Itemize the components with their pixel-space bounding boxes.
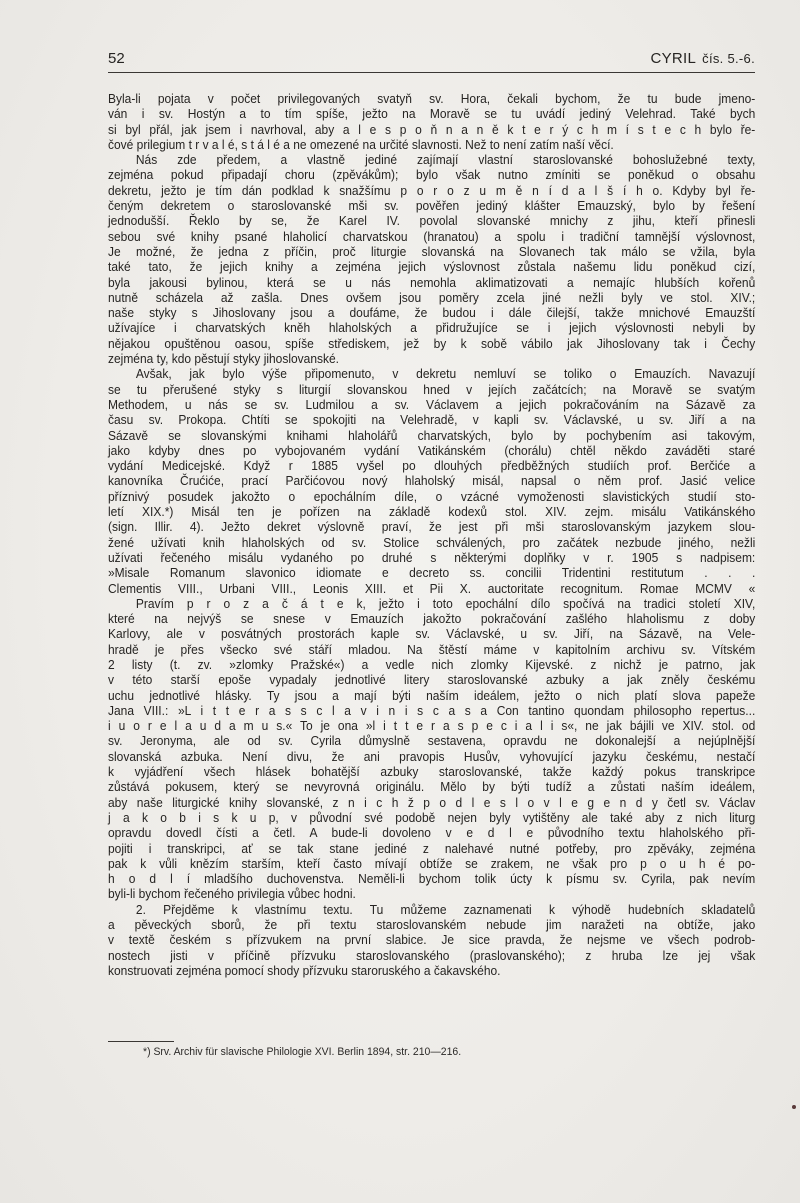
- footnote: *) Srv. Archiv für slavische Philologie …: [143, 1046, 461, 1058]
- text-line: zejména ty, kdo pěstují styky jihoslovan…: [108, 351, 755, 366]
- text-line: jako kdyby dnes po vybojovaném vydání Va…: [108, 443, 755, 458]
- text-line: Methodem, u nás se sv. Ludmilou a sv. Vá…: [108, 397, 755, 412]
- text-line: j a k o b i s k u p, v původní své podob…: [108, 810, 755, 825]
- text-line: 2 listy (t. zv. »zlomky Pražské«) a vedl…: [108, 657, 755, 672]
- text-line: naše styky s Jihoslovany jsou a doufáme,…: [108, 305, 755, 320]
- text-line: užívajíce i charvatských kněh hlaholskýc…: [108, 320, 755, 335]
- text-line: zůstává pokusem, který se nevyrovná orig…: [108, 779, 755, 794]
- text-line: sebou své knihy psané hlaholicí charvats…: [108, 229, 755, 244]
- text-line: uchu jednotlivé hlásky. Ty jsou a mají b…: [108, 688, 755, 703]
- page-header: 52 CYRILčís. 5.-6.: [108, 50, 755, 73]
- text-line: Avšak, jak bylo výše připomenuto, v dekr…: [108, 366, 755, 381]
- text-line: pak k vůli knězím starším, kteří často m…: [108, 856, 755, 871]
- text-line: hradě je přes všecko své stáří mladou. N…: [108, 642, 755, 657]
- text-line: jednodušší. Řeklo by se, že Karel IV. po…: [108, 213, 755, 228]
- text-line: pojiti i transkripci, ať se tak stane je…: [108, 841, 755, 856]
- issue-number: čís. 5.-6.: [702, 51, 755, 66]
- text-line: k vyjádření všech hlásek bohatější azbuk…: [108, 764, 755, 779]
- text-line: čeným dekretem o staroslovanské mši sv. …: [108, 198, 755, 213]
- text-line: 2. Přejděme k vlastnímu textu. Tu můžeme…: [108, 902, 755, 917]
- text-line: kanovníka Črućiće, prací Parčićovou nový…: [108, 473, 755, 488]
- text-line: příznivý posudek jakožto o epochálním dí…: [108, 489, 755, 504]
- text-line: h o d l í mladšího duchovenstva. Neměli-…: [108, 871, 755, 886]
- text-line: dekretu, ježto je tím dán podklad k snaž…: [108, 183, 755, 198]
- text-line: nostech jisti v příčině přízvuku starosl…: [108, 948, 755, 963]
- text-line: Nás zde předem, a vlastně jediné zajímaj…: [108, 152, 755, 167]
- text-line: užívati řečeného misálu vydaného po druh…: [108, 550, 755, 565]
- text-line: slovanská azbuka. Není divu, že ani prav…: [108, 749, 755, 764]
- text-line: byli-li bychom řečeného privilegia vůbec…: [108, 886, 755, 901]
- text-line: a pěveckých sborů, že při textu staroslo…: [108, 917, 755, 932]
- text-line: letí XIX.*) Misál ten je pořízen na zákl…: [108, 504, 755, 519]
- text-line: aby naše liturgické knihy slovanské, z n…: [108, 795, 755, 810]
- text-line: i u o r e l a u d a m u s.« To je ona »l…: [108, 718, 755, 733]
- text-line: času sv. Prokopa. Chtíti se spokojiti na…: [108, 412, 755, 427]
- scan-speck: [792, 1105, 796, 1109]
- text-line: zejména pokud připadají choru (zpěvákům)…: [108, 167, 755, 182]
- text-line: které na nejvýš se snese v Emauzích jako…: [108, 611, 755, 626]
- text-line: opravdu dovedl čísti a četl. A bude-li d…: [108, 825, 755, 840]
- text-line: nějakou opuštěnou oasou, spíše střediske…: [108, 336, 755, 351]
- text-line: Je možné, že jedna z příčin, proč liturg…: [108, 244, 755, 259]
- text-line: Karlovy, ale v posvátných prostorách kap…: [108, 626, 755, 641]
- body-text: Byla-li pojata v počet privilegovaných s…: [108, 91, 755, 978]
- footnote-rule: [108, 1041, 174, 1042]
- text-line: také tato, že jejich knihy a zejména jej…: [108, 259, 755, 274]
- text-line: sv. Jeronyma, ale od sv. Cyrila důmyslně…: [108, 733, 755, 748]
- text-line: Clementis VIII., Urbani VIII., Leonis XI…: [108, 581, 755, 596]
- text-line: Pravím p r o z a č á t e k, ježto i toto…: [108, 596, 755, 611]
- text-line: ván i sv. Hostýn a to tím spíše, ježto n…: [108, 106, 755, 121]
- text-line: (sign. Illir. 4). Ježto dekret výslovně …: [108, 519, 755, 534]
- text-line: čové prilegium t r v a l é, s t á l é a …: [108, 137, 755, 152]
- text-line: se tu přerušené styky s liturgií slovans…: [108, 382, 755, 397]
- page-number: 52: [108, 50, 125, 67]
- document-page: 52 CYRILčís. 5.-6. Byla-li pojata v poče…: [0, 0, 800, 1203]
- journal-title: CYRIL: [650, 50, 696, 67]
- text-line: si byl přál, jak jsem i navrhoval, aby a…: [108, 122, 755, 137]
- text-line: konstruovati zejména pomocí shody přízvu…: [108, 963, 755, 978]
- text-line: Byla-li pojata v počet privilegovaných s…: [108, 91, 755, 106]
- text-line: nutně scházela až zašla. Dnes ovšem jsou…: [108, 290, 755, 305]
- text-line: »Misale Romanum slavonico idiomate e dec…: [108, 565, 755, 580]
- text-line: v textě českém s přízvukem na první slab…: [108, 932, 755, 947]
- text-line: vydání Medicejské. Když r 1885 vyšel po …: [108, 458, 755, 473]
- text-line: byla jakousi bylinou, která se u nás nem…: [108, 275, 755, 290]
- text-line: Sázavě se slovanskými knihami hlaholářů …: [108, 428, 755, 443]
- running-head: CYRILčís. 5.-6.: [650, 50, 755, 67]
- text-line: žené užívati knih hlaholských od sv. Sto…: [108, 535, 755, 550]
- text-line: v této starší epoše vypadaly jednotlivé …: [108, 672, 755, 687]
- text-line: Jana VIII.: »L i t t e r a s s c l a v i…: [108, 703, 755, 718]
